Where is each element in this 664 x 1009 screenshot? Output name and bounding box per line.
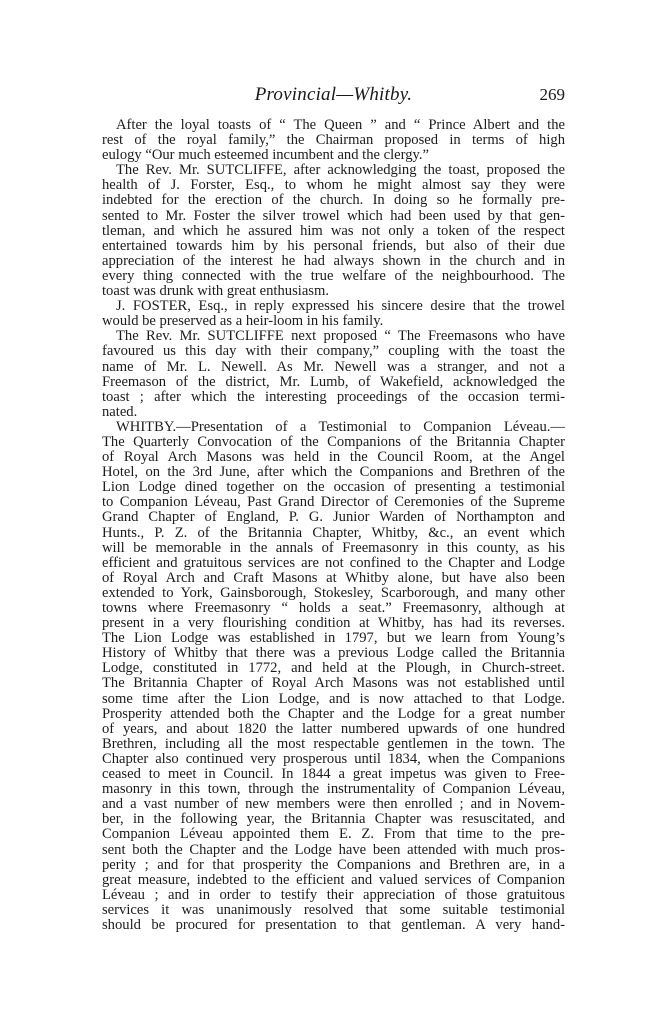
text-line: sent both the Chapter and the Lodge have…	[102, 843, 565, 858]
text-line: The Lion Lodge was established in 1797, …	[102, 631, 565, 646]
text-line: nated.	[102, 405, 565, 420]
text-line: would be preserved as a heir-loom in his…	[102, 314, 565, 329]
text-line: perity ; and for that prosperity the Com…	[102, 858, 565, 873]
page-number: 269	[540, 85, 566, 105]
text-line: some time after the Lion Lodge, and is n…	[102, 692, 565, 707]
text-line: Hotel, on the 3rd June, after which the …	[102, 465, 565, 480]
text-line: name of Mr. L. Newell. As Mr. Newell was…	[102, 360, 565, 375]
text-line: great measure, indebted to the efficient…	[102, 873, 565, 888]
text-line: indebted for the erection of the church.…	[102, 193, 565, 208]
text-line: J. FOSTER, Esq., in reply expressed his …	[102, 299, 565, 314]
text-line: entertained towards him by his personal …	[102, 239, 565, 254]
text-line: The Rev. Mr. SUTCLIFFE, after acknowledg…	[102, 163, 565, 178]
text-line: will be memorable in the annals of Freem…	[102, 541, 565, 556]
text-line: WHITBY.—Presentation of a Testimonial to…	[102, 420, 565, 435]
text-line: tleman, and which he assured him was not…	[102, 224, 565, 239]
text-line: sented to Mr. Foster the silver trowel w…	[102, 209, 565, 224]
text-line: ber, in the following year, the Britanni…	[102, 812, 565, 827]
text-line: Brethren, including all the most respect…	[102, 737, 565, 752]
text-line: should be procured for presentation to t…	[102, 918, 565, 933]
text-line: present in a very flourishing condition …	[102, 616, 565, 631]
text-line: and a vast number of new members were th…	[102, 797, 565, 812]
text-line: to Companion Léveau, Past Grand Director…	[102, 495, 565, 510]
text-line: Lodge, constituted in 1772, and held at …	[102, 661, 565, 676]
text-line: Hunts., P. Z. of the Britannia Chapter, …	[102, 526, 565, 541]
text-line: every thing connected with the true welf…	[102, 269, 565, 284]
text-line: efficient and gratuitous services are no…	[102, 556, 565, 571]
text-line: toast was drunk with great enthusiasm.	[102, 284, 565, 299]
text-line: appreciation of the interest he had alwa…	[102, 254, 565, 269]
text-line: After the loyal toasts of “ The Queen ” …	[102, 118, 565, 133]
text-line: Freemason of the district, Mr. Lumb, of …	[102, 375, 565, 390]
text-line: toast ; after which the interesting proc…	[102, 390, 565, 405]
text-line: of Royal Arch and Craft Masons at Whitby…	[102, 571, 565, 586]
text-line: Chapter also continued very prosperous u…	[102, 752, 565, 767]
text-line: of years, and about 1820 the latter numb…	[102, 722, 565, 737]
text-line: ceased to meet in Council. In 1844 a gre…	[102, 767, 565, 782]
text-line: Lion Lodge dined together on the occasio…	[102, 480, 565, 495]
text-line: rest of the royal family,” the Chairman …	[102, 133, 565, 148]
text-line: Grand Chapter of England, P. G. Junior W…	[102, 510, 565, 525]
text-line: The Britannia Chapter of Royal Arch Maso…	[102, 676, 565, 691]
document-page: Provincial—Whitby. 269 After the loyal t…	[0, 0, 664, 1009]
text-line: Léveau ; and in order to testify their a…	[102, 888, 565, 903]
text-line: Prosperity attended both the Chapter and…	[102, 707, 565, 722]
running-header: Provincial—Whitby. 269	[102, 84, 565, 108]
text-line: Companion Léveau appointed them E. Z. Fr…	[102, 827, 565, 842]
text-line: masonry in this town, through the instru…	[102, 782, 565, 797]
text-line: The Rev. Mr. SUTCLIFFE next proposed “ T…	[102, 329, 565, 344]
running-title: Provincial—Whitby.	[102, 84, 565, 106]
body-text: After the loyal toasts of “ The Queen ” …	[102, 118, 565, 933]
text-line: services it was unanimously resolved tha…	[102, 903, 565, 918]
text-line: The Quarterly Convocation of the Compani…	[102, 435, 565, 450]
text-line: favoured us this day with their company,…	[102, 344, 565, 359]
text-line: towns where Freemasonry “ holds a seat.”…	[102, 601, 565, 616]
text-line: of Royal Arch Masons was held in the Cou…	[102, 450, 565, 465]
text-line: health of J. Forster, Esq., to whom he m…	[102, 178, 565, 193]
text-line: eulogy “Our much esteemed incumbent and …	[102, 148, 565, 163]
text-line: History of Whitby that there was a previ…	[102, 646, 565, 661]
text-line: extended to York, Gainsborough, Stokesle…	[102, 586, 565, 601]
